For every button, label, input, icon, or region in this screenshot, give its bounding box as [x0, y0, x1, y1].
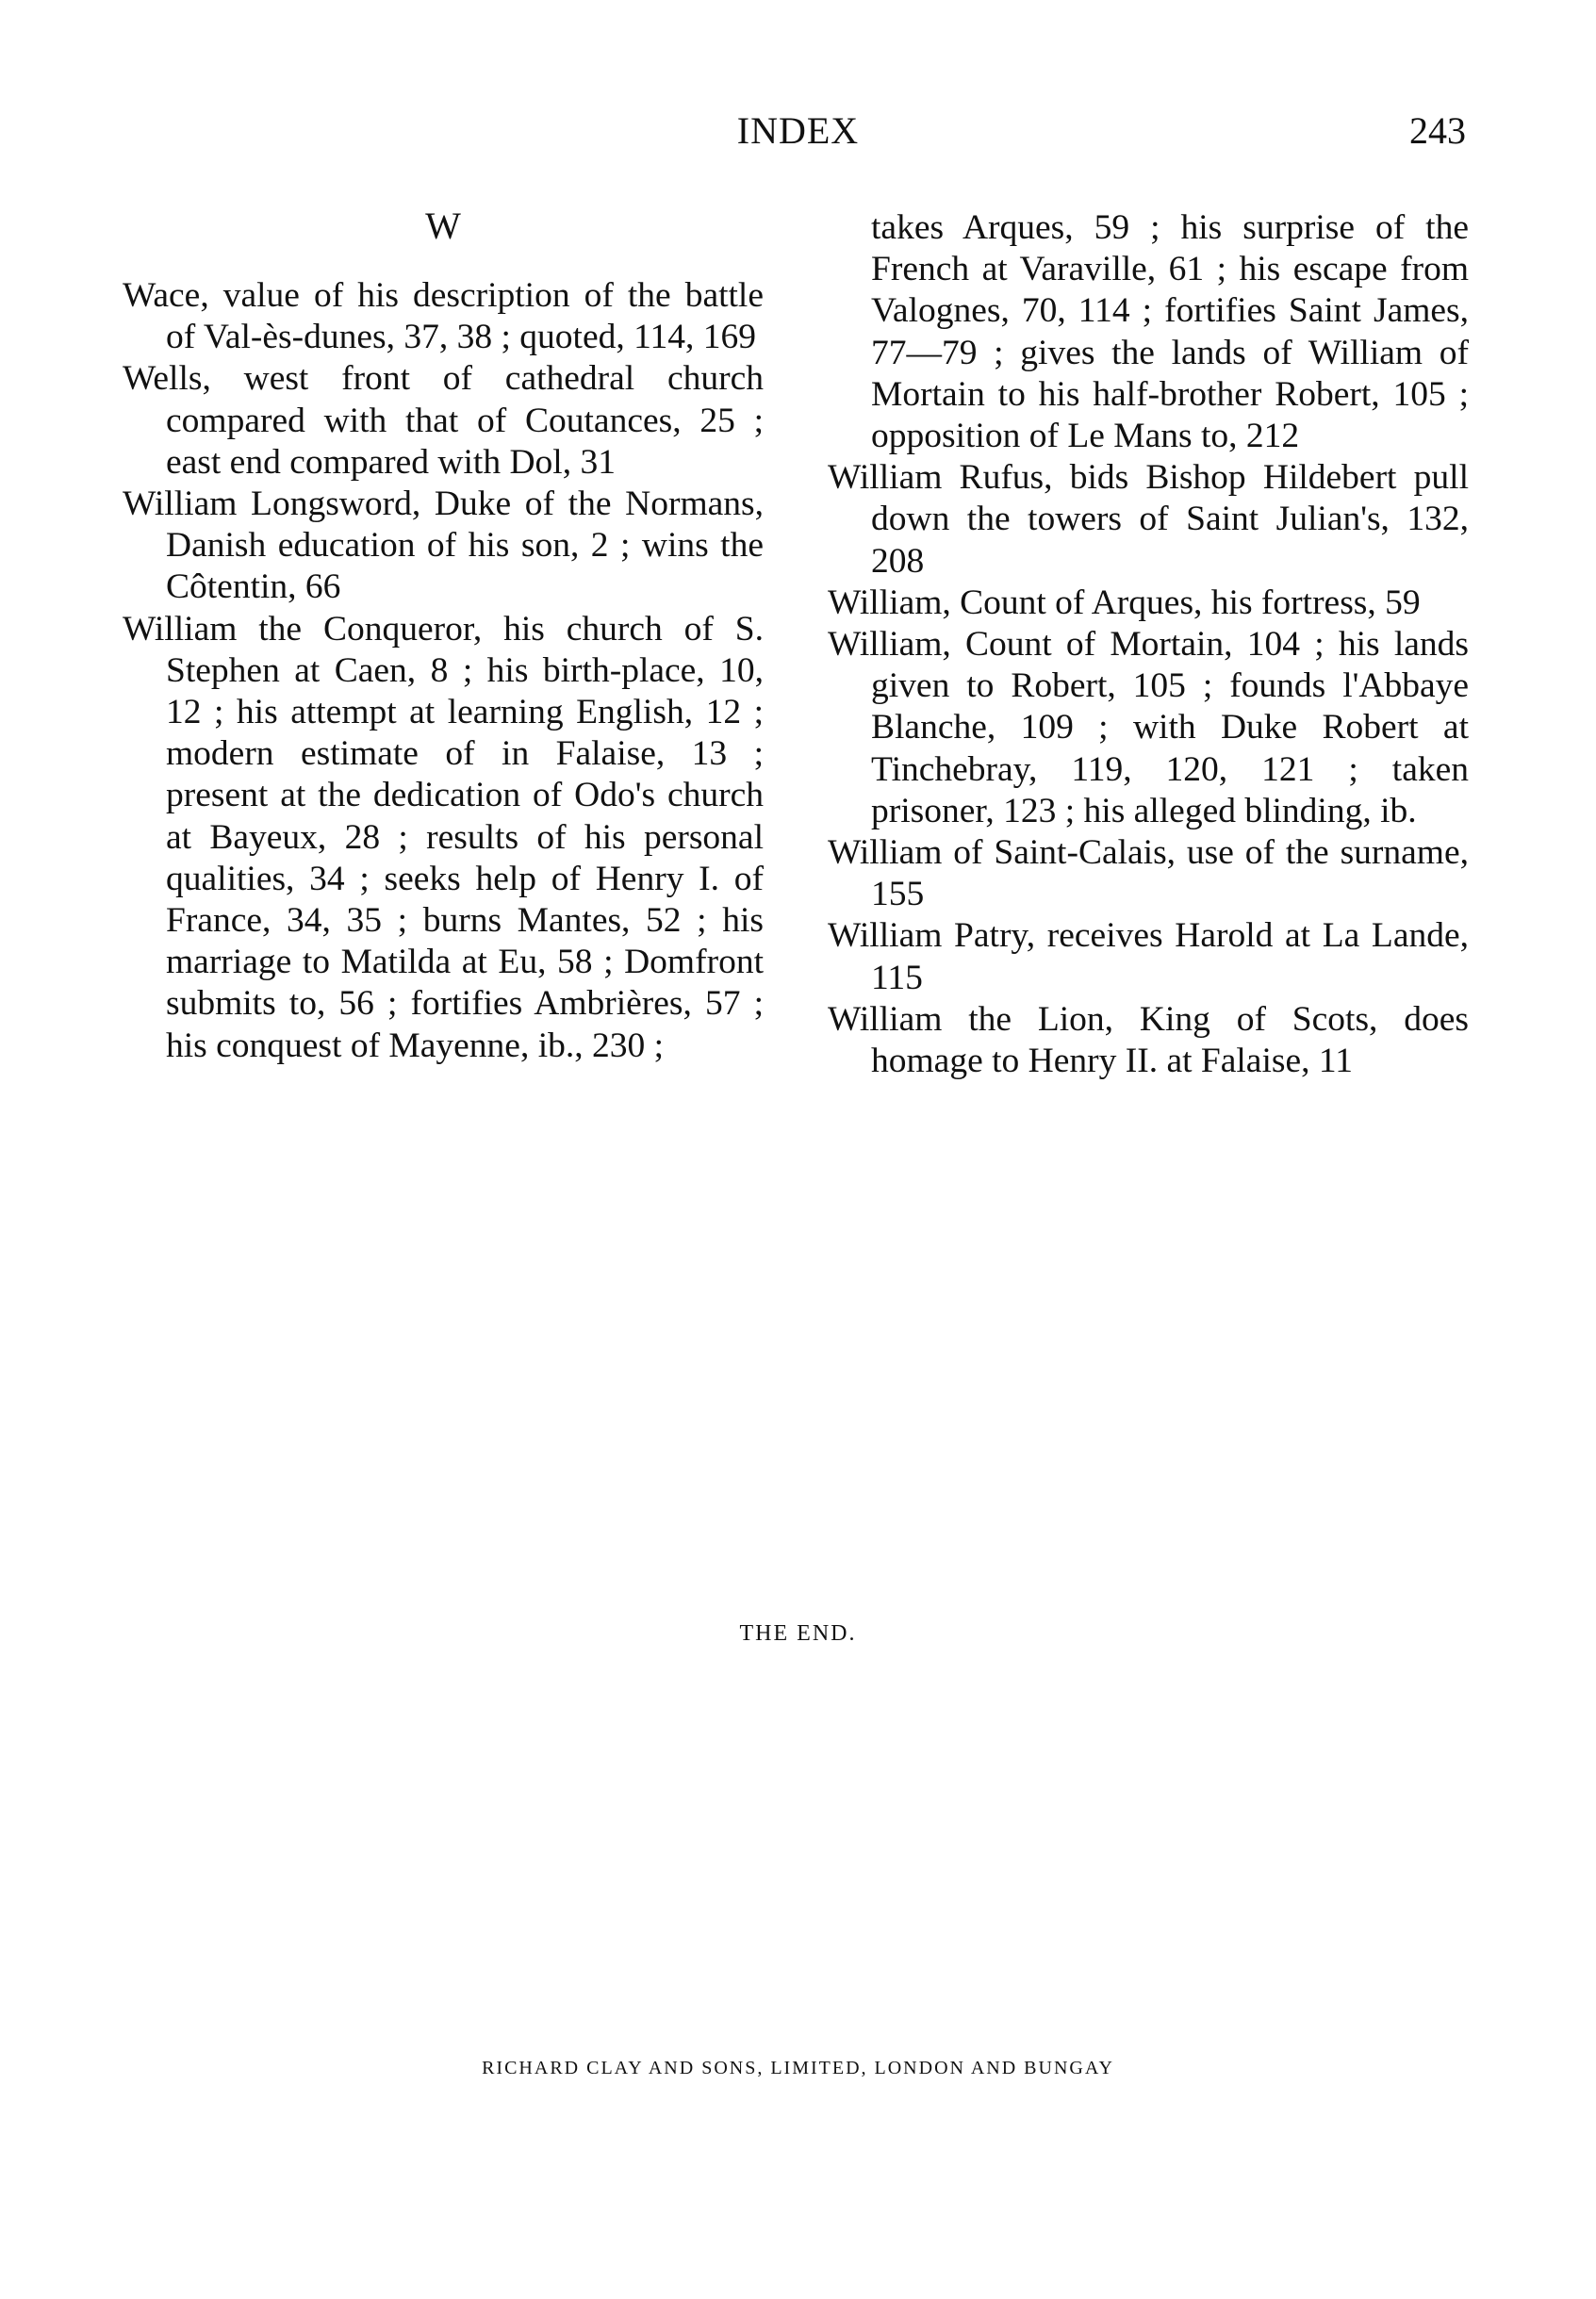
the-end-label: THE END. — [0, 1621, 1596, 1647]
page-number: 243 — [1409, 108, 1466, 153]
index-entry-continuation: takes Arques, 59 ; his surprise of the F… — [828, 207, 1469, 457]
printer-imprint: RICHARD CLAY AND SONS, LIMITED, LONDON A… — [0, 2058, 1596, 2079]
index-entry-wace: Wace, value of his description of the ba… — [123, 275, 764, 358]
index-column-right: takes Arques, 59 ; his surprise of the F… — [828, 207, 1469, 1082]
index-entry-william-patry: William Patry, receives Harold at La Lan… — [828, 915, 1469, 998]
section-letter: W — [123, 205, 764, 247]
index-entry-wells: Wells, west front of cathedral church co… — [123, 358, 764, 484]
index-entry-william-the-lion: William the Lion, King of Scots, does ho… — [828, 999, 1469, 1082]
index-entry-william-count-of-arques: William, Count of Arques, his fortress, … — [828, 583, 1469, 624]
index-entry-william-the-conqueror: William the Conqueror, his church of S. … — [123, 609, 764, 1067]
index-entry-william-count-of-mortain: William, Count of Mortain, 104 ; his lan… — [828, 624, 1469, 832]
index-entry-william-of-saint-calais: William of Saint-Calais, use of the surn… — [828, 832, 1469, 915]
running-header-title: INDEX — [0, 108, 1596, 153]
index-entry-william-rufus: William Rufus, bids Bishop Hildebert pul… — [828, 457, 1469, 583]
index-entry-william-longsword: William Longsword, Duke of the Normans, … — [123, 484, 764, 609]
index-column-left: W Wace, value of his description of the … — [123, 205, 764, 1067]
